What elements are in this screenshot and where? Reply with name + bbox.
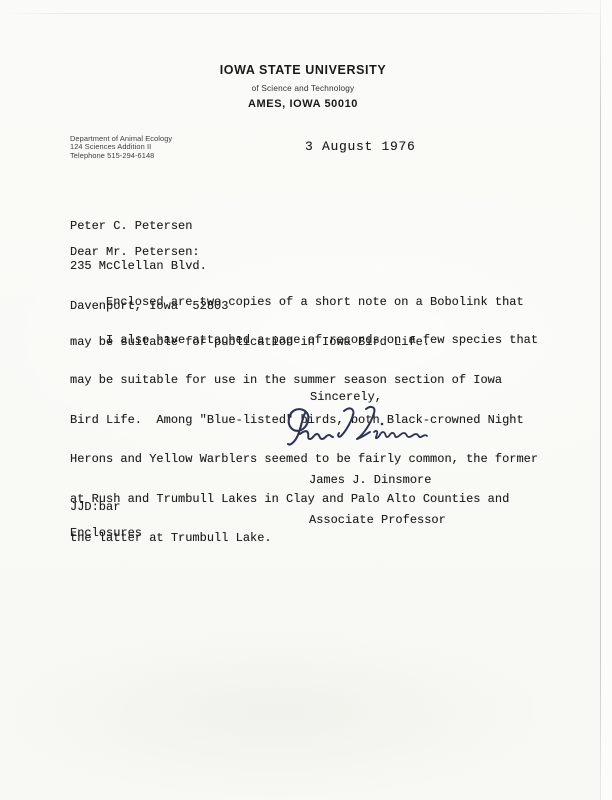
scan-background-sliver (601, 0, 612, 800)
letterhead-city-line: AMES, IOWA 50010 (0, 98, 606, 110)
letterhead-university-name: IOWA STATE UNIVERSITY (0, 63, 606, 77)
date-line: 3 August 1976 (305, 140, 416, 154)
letterhead-department-block: Department of Animal Ecology 124 Science… (70, 135, 172, 160)
department-telephone-line: Telephone 515-294-6148 (70, 152, 172, 160)
handwritten-signature (286, 403, 432, 449)
reference-initials: JJD:bar (70, 501, 120, 514)
scanned-letter-page: IOWA STATE UNIVERSITY of Science and Tec… (0, 0, 612, 800)
letterhead-subtitle: of Science and Technology (0, 84, 606, 94)
paragraph-line: at Rush and Trumbull Lakes in Clay and P… (70, 493, 538, 506)
signer-name: James J. Dinsmore (309, 474, 446, 487)
salutation-line: Dear Mr. Petersen: (70, 246, 200, 259)
signature-block: James J. Dinsmore Associate Professor (309, 448, 446, 554)
signer-title: Associate Professor (309, 514, 446, 527)
enclosure-notation: Enclosures (70, 527, 142, 540)
paragraph-line: may be suitable for use in the summer se… (70, 374, 538, 387)
recipient-name-line: Peter C. Petersen (70, 220, 228, 233)
scan-crease-line (0, 13, 612, 14)
paragraph-line: Herons and Yellow Warblers seemed to be … (70, 453, 538, 466)
paragraph-line: I also have attached a page of records o… (70, 334, 538, 347)
